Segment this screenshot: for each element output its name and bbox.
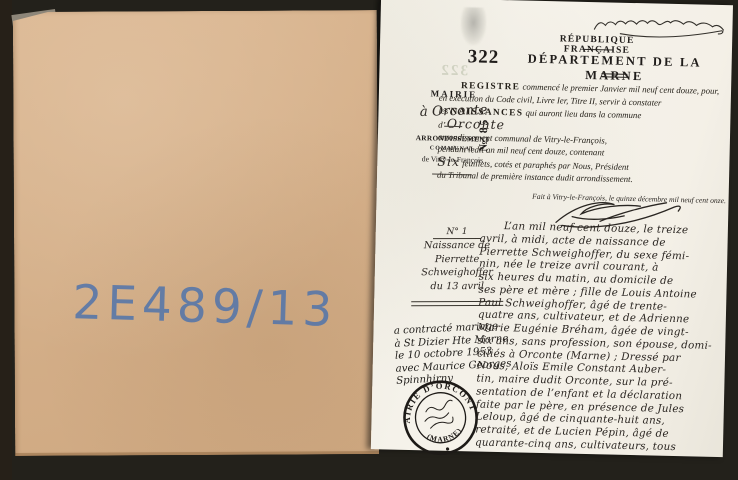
arrondissement-label: ARRONDISSEMENT <box>396 134 510 145</box>
mairie-label: MAIRIE <box>397 88 511 101</box>
ink-smudge-stamp-icon <box>460 7 487 46</box>
bleedthrough-number: 322 <box>439 63 468 81</box>
cover-page: 2E489/13 <box>13 10 379 456</box>
archive-cote-handwritten: 2E489/13 <box>72 275 334 338</box>
stamp-star-ornament-icon <box>446 447 450 451</box>
heading-double-rule <box>601 73 627 78</box>
communal-label: COMMUNAL <box>396 145 510 154</box>
stamp-arc-bottom-text: (MARNE) <box>424 424 465 447</box>
folio-number-vertical: № 85 <box>478 118 491 152</box>
act-number: 322 <box>467 46 499 69</box>
register-page: RÉPUBLIQUE FRANÇAISE 322 DÉPARTEMENT DE … <box>371 0 733 457</box>
svg-text:(MARNE): (MARNE) <box>424 424 465 447</box>
scanned-register-spread: 2E489/13 RÉPUBLIQUE FRANÇAISE 322 DÉPART… <box>0 0 738 480</box>
margin-act-number: N° 1 <box>432 227 481 239</box>
ville-label: de Vitry-le-François <box>395 154 509 166</box>
stamp-inner-scrawl-icon <box>422 400 457 429</box>
commune-margin-handwritten: à Orconte <box>396 101 510 120</box>
registre-line-text: qui auront lieu dans la commune <box>523 107 641 120</box>
margin-rule <box>444 126 462 127</box>
act-body-handwritten: L’an mil neuf cent douze, le treizeavril… <box>475 220 728 455</box>
margin-column: MAIRIE à Orconte ARRONDISSEMENT COMMUNAL… <box>395 88 511 177</box>
